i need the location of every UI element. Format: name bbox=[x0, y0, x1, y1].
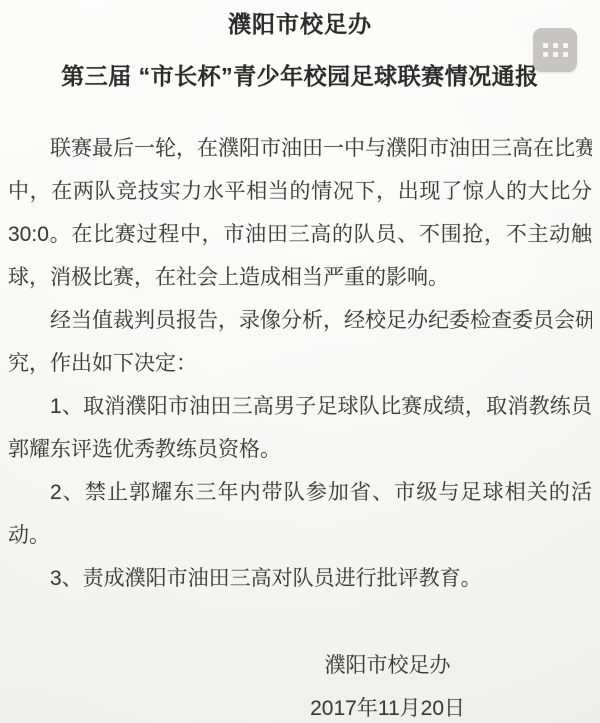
document-date: 2017年11月20日 bbox=[310, 687, 465, 723]
document-body: 联赛最后一轮，在濮阳市油田一中与濮阳市油田三高在比赛 中，在两队竞技实力水平相当… bbox=[0, 127, 600, 600]
document-subtitle: 第三届 “市长杯”青少年校园足球联赛情况通报 bbox=[0, 62, 600, 90]
document-line: 30:0。在比赛过程中，市油田三高的队员、不围抢，不主动触 bbox=[8, 213, 592, 256]
document-line: 联赛最后一轮，在濮阳市油田一中与濮阳市油田三高在比赛 bbox=[8, 127, 592, 170]
signature: 濮阳市校足办 bbox=[325, 644, 451, 687]
paragraph: 2、禁止郭耀东三年内带队参加省、市级与足球相关的活 动。 bbox=[8, 471, 592, 557]
paragraph: 经当值裁判员报告，录像分析，经校足办纪委检查委员会研 究，作出如下决定： bbox=[8, 299, 592, 385]
document-line: 球，消极比赛，在社会上造成相当严重的影响。 bbox=[8, 256, 592, 299]
document-line: 中，在两队竞技实力水平相当的情况下，出现了惊人的大比分 bbox=[8, 170, 592, 213]
document-title: 濮阳市校足办 bbox=[0, 0, 600, 37]
grid-menu-button[interactable] bbox=[533, 28, 577, 72]
document-line: 3、责成濮阳市油田三高对队员进行批评教育。 bbox=[8, 557, 592, 600]
paragraph: 1、取消濮阳市油田三高男子足球队比赛成绩，取消教练员 郭耀东评选优秀教练员资格。 bbox=[8, 385, 592, 471]
paragraph: 3、责成濮阳市油田三高对队员进行批评教育。 bbox=[8, 557, 592, 600]
document-line: 经当值裁判员报告，录像分析，经校足办纪委检查委员会研 bbox=[8, 299, 592, 342]
document-line: 究，作出如下决定： bbox=[8, 342, 592, 385]
signature-block: 濮阳市校足办 2017年11月20日 bbox=[310, 644, 465, 723]
paragraph: 联赛最后一轮，在濮阳市油田一中与濮阳市油田三高在比赛 中，在两队竞技实力水平相当… bbox=[8, 127, 592, 299]
document-page: 濮阳市校足办 第三届 “市长杯”青少年校园足球联赛情况通报 联赛最后一轮，在濮阳… bbox=[0, 0, 600, 723]
document-line: 1、取消濮阳市油田三高男子足球队比赛成绩，取消教练员 bbox=[8, 385, 592, 428]
document-line: 2、禁止郭耀东三年内带队参加省、市级与足球相关的活 bbox=[8, 471, 592, 514]
grid-menu-icon bbox=[543, 43, 568, 57]
document-line: 郭耀东评选优秀教练员资格。 bbox=[8, 428, 592, 471]
document-line: 动。 bbox=[8, 514, 592, 557]
